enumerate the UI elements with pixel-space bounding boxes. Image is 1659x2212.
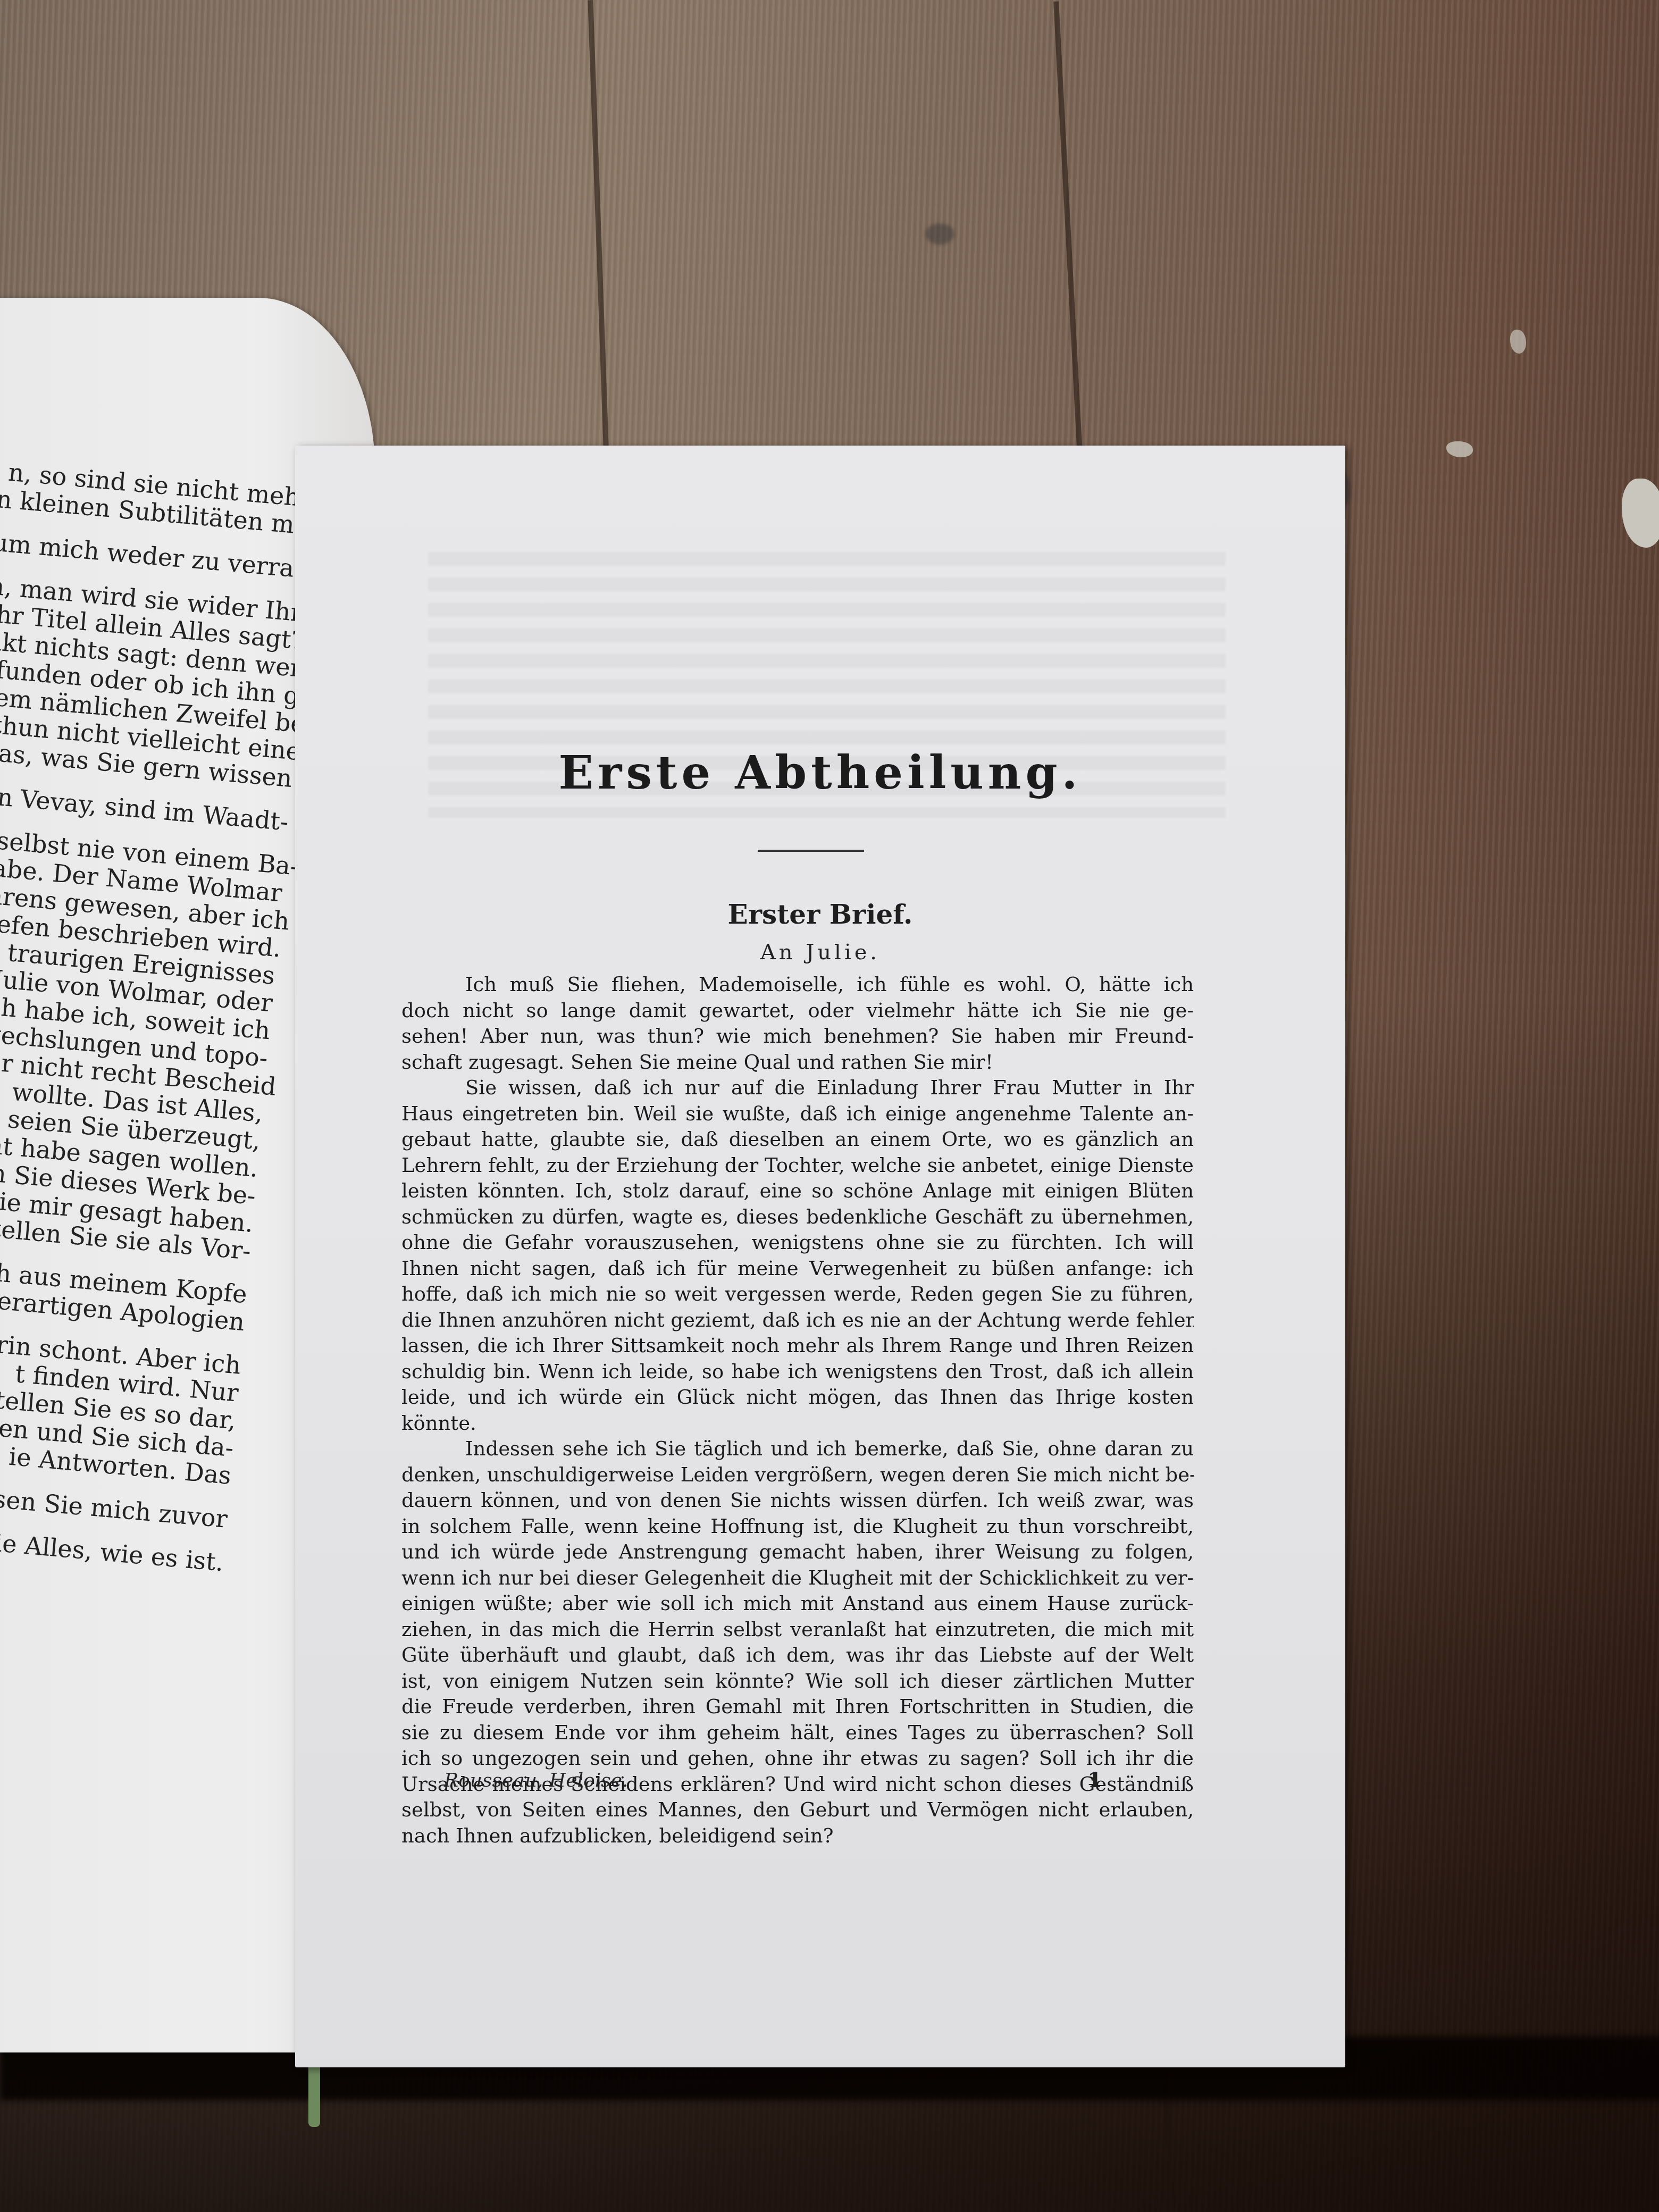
text-line: hoffe, daß ich mich nie so weit vergesse… (401, 1281, 1194, 1308)
text-line: schuldig bin. Wenn ich leide, so habe ic… (401, 1359, 1194, 1385)
text-line: Haus eingetreten bin. Weil sie wußte, da… (401, 1101, 1194, 1127)
text-line: wenn ich nur bei dieser Gelegenheit die … (401, 1565, 1194, 1591)
table-plank-seam (588, 0, 608, 447)
text-line: Güte überhäuft und glaubt, daß ich dem, … (401, 1643, 1194, 1669)
text-line: in solchem Falle, wenn keine Hoffnung is… (401, 1514, 1194, 1540)
paint-chip (1510, 330, 1526, 354)
text-line: ohne die Gefahr vorauszusehen, wenigsten… (401, 1230, 1194, 1256)
text-line: dauern können, und von denen Sie nichts … (401, 1488, 1194, 1514)
text-line: Lehrern fehlt, zu der Erziehung der Toch… (401, 1153, 1194, 1179)
text-line: leisten könnten. Ich, stolz darauf, eine… (401, 1178, 1194, 1204)
footer-signature: Rousseau, Heloise. (444, 1770, 628, 1791)
right-page: Erste Abtheilung. Erster Brief. An Julie… (295, 446, 1345, 2067)
text-line: sie zu diesem Ende vor ihm geheim hält, … (401, 1720, 1194, 1746)
letter-title: Erster Brief. (295, 899, 1345, 930)
text-line: und ich würde jede Anstrengung gemacht h… (401, 1539, 1194, 1565)
text-line: einigen wüßte; aber wie soll ich mich mi… (401, 1591, 1194, 1617)
left-page-text: n, so sind sie nicht mehr. n kleinen Sub… (0, 457, 318, 1576)
letter-addressee: An Julie. (295, 940, 1345, 965)
text-line: ist, von einigem Nutzen sein könnte? Wie… (401, 1669, 1194, 1695)
paint-chip (1446, 441, 1473, 457)
text-line: Ich muß Sie fliehen, Mademoiselle, ich f… (401, 972, 1194, 998)
section-title: Erste Abtheilung. (295, 746, 1345, 800)
text-line: selbst, von Seiten eines Mannes, den Geb… (401, 1797, 1194, 1823)
text-line: die Freude verderben, ihren Gemahl mit I… (401, 1694, 1194, 1720)
text-line: schmücken zu dürfen, wagte es, dieses be… (401, 1204, 1194, 1230)
text-line: die Ihnen anzuhören nicht geziemt, daß i… (401, 1308, 1194, 1334)
text-line: leide, und ich würde ein Glück nicht mög… (401, 1385, 1194, 1411)
text-line: schaft zugesagt. Sehen Sie meine Qual un… (401, 1050, 1194, 1076)
text-line: könnte. (401, 1411, 1194, 1437)
page-number: 1 (1087, 1767, 1102, 1792)
text-line: denken, unschuldigerweise Leiden vergröß… (401, 1462, 1194, 1488)
text-line: nach Ihnen aufzublicken, beleidigend sei… (401, 1823, 1194, 1849)
text-line: gebaut hatte, glaubte sie, daß dieselben… (401, 1127, 1194, 1153)
ribbon-bookmark[interactable] (308, 2063, 320, 2127)
text-line: lassen, die ich Ihrer Sittsamkeit noch m… (401, 1333, 1194, 1359)
text-line: doch nicht so lange damit gewartet, oder… (401, 998, 1194, 1024)
text-line: Ihnen nicht sagen, daß ich für meine Ver… (401, 1256, 1194, 1282)
table-stain (925, 223, 954, 245)
text-line: ich so ungezogen sein und gehen, ohne ih… (401, 1746, 1194, 1772)
text-line: Indessen sehe ich Sie täglich und ich be… (401, 1436, 1194, 1462)
divider-rule (758, 850, 864, 852)
text-line: ziehen, in das mich die Herrin selbst ve… (401, 1617, 1194, 1643)
letter-body: Ich muß Sie fliehen, Mademoiselle, ich f… (401, 972, 1194, 1849)
text-line: Sie wissen, daß ich nur auf die Einladun… (401, 1075, 1194, 1101)
paint-chip (1622, 479, 1659, 548)
text-line: sehen! Aber nun, was thun? wie mich bene… (401, 1024, 1194, 1050)
